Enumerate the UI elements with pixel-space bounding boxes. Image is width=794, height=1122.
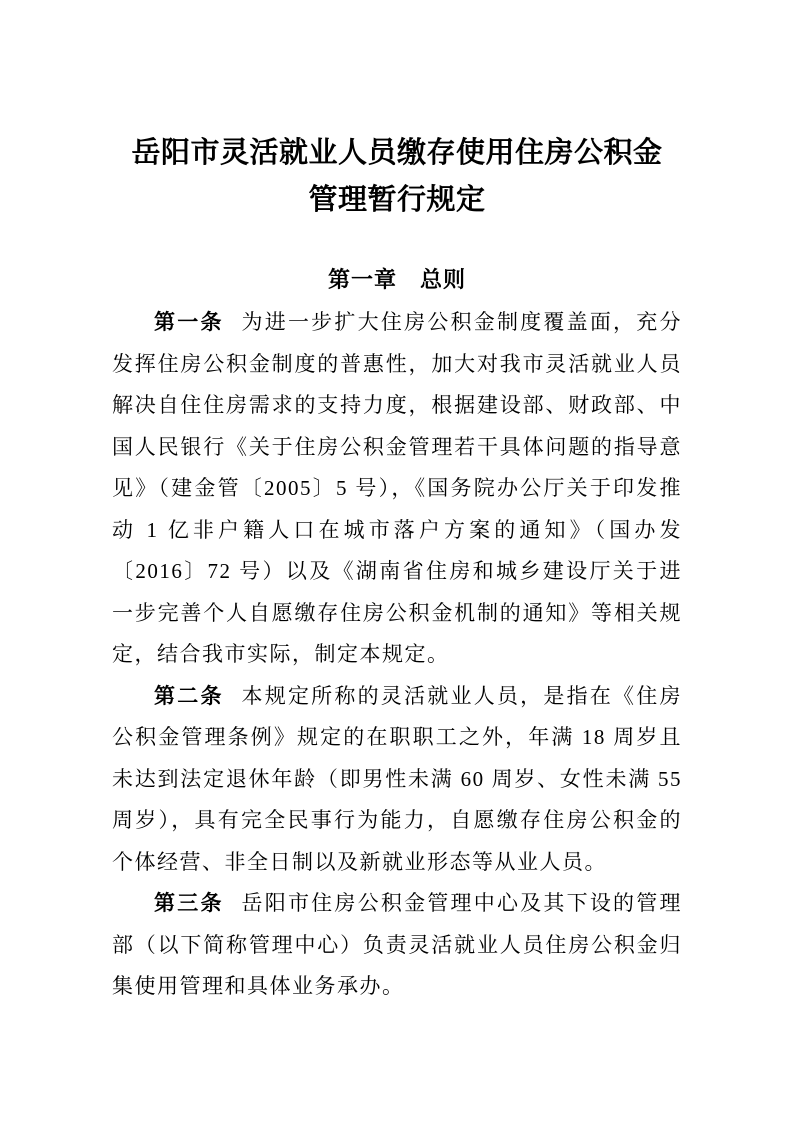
document-title: 岳阳市灵活就业人员缴存使用住房公积金 管理暂行规定 [112, 130, 682, 224]
document-title-line-2: 管理暂行规定 [112, 177, 682, 224]
article-2: 第二条本规定所称的灵活就业人员，是指在《住房公积金管理条例》规定的在职职工之外，… [112, 676, 682, 884]
article-1: 第一条为进一步扩大住房公积金制度覆盖面，充分发挥住房公积金制度的普惠性，加大对我… [112, 302, 682, 676]
document-body: 第一条为进一步扩大住房公积金制度覆盖面，充分发挥住房公积金制度的普惠性，加大对我… [112, 302, 682, 1008]
article-2-text: 本规定所称的灵活就业人员，是指在《住房公积金管理条例》规定的在职职工之外，年满 … [112, 684, 682, 874]
document-page: 岳阳市灵活就业人员缴存使用住房公积金 管理暂行规定 第一章 总则 第一条为进一步… [0, 0, 794, 1122]
article-2-label: 第二条 [154, 684, 224, 708]
chapter-heading: 第一章 总则 [112, 266, 682, 294]
document-title-line-1: 岳阳市灵活就业人员缴存使用住房公积金 [112, 130, 682, 177]
article-3: 第三条岳阳市住房公积金管理中心及其下设的管理部（以下简称管理中心）负责灵活就业人… [112, 883, 682, 1008]
article-1-text: 为进一步扩大住房公积金制度覆盖面，充分发挥住房公积金制度的普惠性，加大对我市灵活… [112, 310, 682, 666]
article-1-label: 第一条 [154, 310, 224, 334]
article-3-label: 第三条 [154, 891, 224, 915]
